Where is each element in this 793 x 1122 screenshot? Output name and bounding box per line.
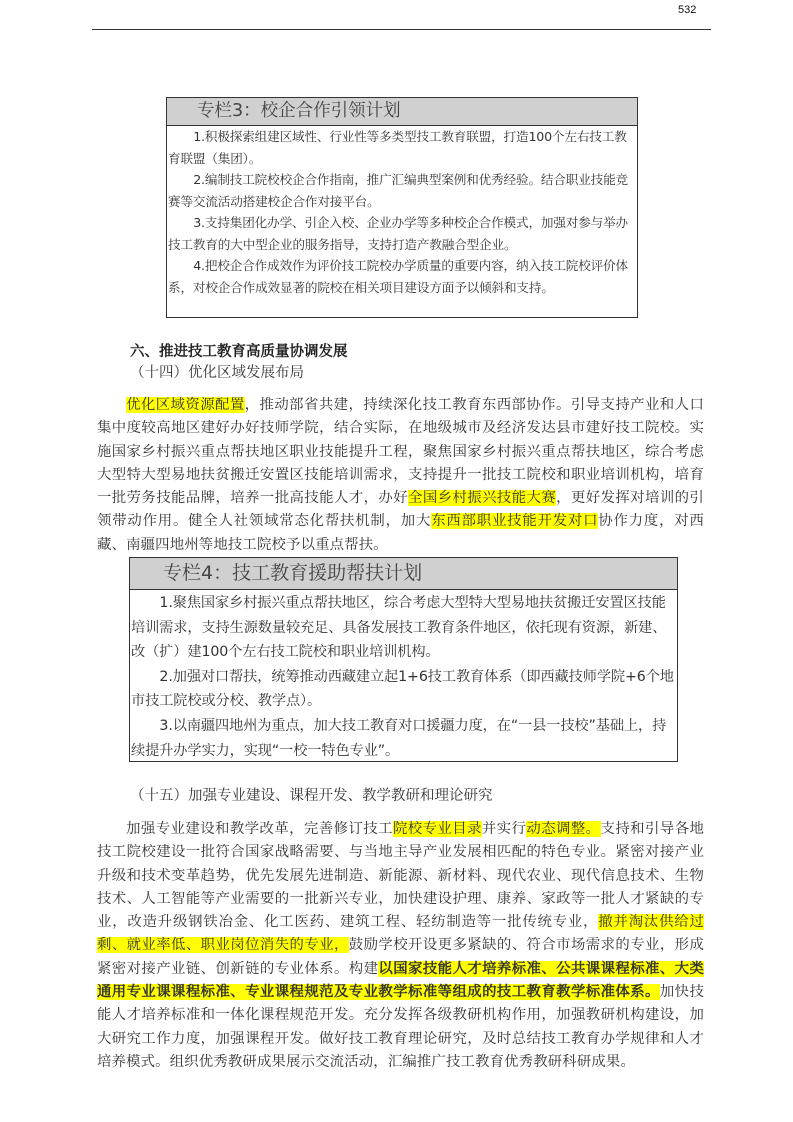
column-box-4-item-2: 2.加强对口帮扶，统筹推动西藏建立起1+6技工教育体系（即西藏技师学院+6个地市… [131, 665, 677, 714]
subsection-14-heading: （十四）优化区域发展布局 [130, 361, 304, 382]
column-box-3: 专栏3：校企合作引领计划 1.积极探索组建区域性、行业性等多类型技工教育联盟，打… [166, 97, 638, 318]
paragraph-text: 加强专业建设和教学改革，完善修订技工 [126, 821, 393, 837]
column-box-3-item-3: 3.支持集团化办学、引企入校、企业办学等多种校企合作模式，加强对参与举办技工教育… [168, 212, 637, 255]
column-box-4-item-3: 3.以南疆四地州为重点，加大技工教育对口援疆力度，在“一县一技校”基础上，持续提… [131, 714, 677, 763]
column-box-3-item-1: 1.积极探索组建区域性、行业性等多类型技工教育联盟，打造100个左右技工教育联盟… [168, 126, 637, 169]
column-box-4-title: 专栏4：技工教育援助帮扶计划 [130, 558, 677, 590]
paragraph-specialty-building: 加强专业建设和教学改革，完善修订技工院校专业目录并实行动态调整。支持和引导各地技… [97, 818, 704, 1074]
subsection-15-heading: （十五）加强专业建设、课程开发、教学教研和理论研究 [130, 784, 493, 805]
column-box-4: 专栏4：技工教育援助帮扶计划 1.聚焦国家乡村振兴重点帮扶地区，综合考虑大型特大… [129, 557, 678, 762]
highlight-2: 动态调整。 [526, 821, 600, 837]
column-box-3-item-4: 4.把校企合作成效作为评价技工院校办学质量的重要内容，纳入技工院校评价体系，对校… [168, 255, 637, 298]
header-rule [92, 29, 711, 30]
highlight-1: 院校专业目录 [393, 821, 482, 837]
paragraph-text: 并实行 [482, 821, 526, 837]
column-box-4-body: 1.聚焦国家乡村振兴重点帮扶地区，综合考虑大型特大型易地扶贫搬迁安置区技能培训需… [130, 590, 677, 763]
page-number: 532 [678, 4, 696, 16]
column-box-4-item-1: 1.聚焦国家乡村振兴重点帮扶地区，综合考虑大型特大型易地扶贫搬迁安置区技能培训需… [131, 591, 677, 665]
highlight-3: 东西部职业技能开发对口 [431, 513, 598, 529]
section-6-heading: 六、推进技工教育高质量协调发展 [130, 340, 348, 361]
column-box-3-title: 专栏3：校企合作引领计划 [167, 98, 637, 126]
column-box-3-item-2: 2.编制技工院校校企合作指南，推广汇编典型案例和优秀经验。结合职业技能竞赛等交流… [168, 169, 637, 212]
highlight-1: 优化区域资源配置 [126, 397, 245, 413]
column-box-3-body: 1.积极探索组建区域性、行业性等多类型技工教育联盟，打造100个左右技工教育联盟… [167, 126, 637, 298]
highlight-2: 全国乡村振兴技能大赛 [408, 490, 556, 506]
paragraph-regional-layout: 优化区域资源配置，推动部省共建，持续深化技工教育东西部协作。引导支持产业和人口集… [97, 394, 704, 557]
